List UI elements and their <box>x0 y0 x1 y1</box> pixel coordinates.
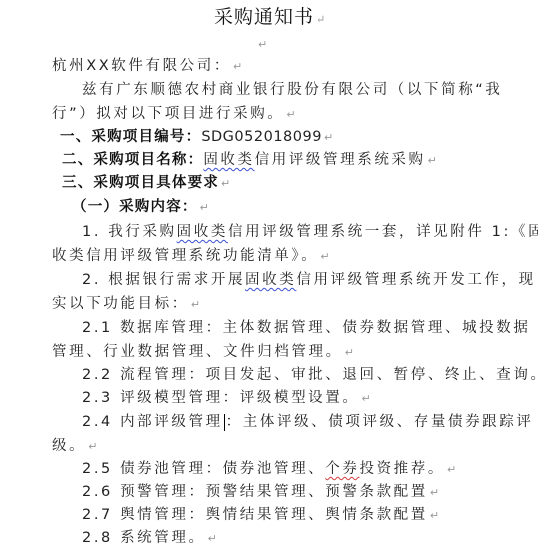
paragraph-mark-icon: ↵ <box>88 440 97 453</box>
item-1-line-2: 收类信用评级管理系统功能清单》。↵ <box>52 246 330 267</box>
empty-paragraph: ↵ <box>256 34 267 55</box>
paragraph-mark-icon: ↵ <box>208 532 217 545</box>
spellcheck-underlined-text: 固收类 <box>245 272 296 288</box>
function-2-2: 2.2 流程管理：项目发起、审批、退回、暂停、终止、查询。↵ <box>82 365 538 386</box>
spellcheck-underlined-text: 固收类 <box>203 152 254 168</box>
paragraph-mark-icon: ↵ <box>320 250 329 263</box>
section-label: 二、采购项目名称： <box>62 152 203 168</box>
item-2-line-1: 2. 根据银行需求开展固收类信用评级管理系统开发工作，现 <box>82 270 536 290</box>
paragraph-mark-icon: ↵ <box>258 38 267 51</box>
project-number: SDG052018099 <box>201 129 322 145</box>
section-requirements: 三、采购项目具体要求↵ <box>62 173 230 194</box>
function-2-1-line-2: 管理、行业数据管理、文件归档管理。↵ <box>52 342 354 363</box>
paragraph-mark-icon: ↵ <box>221 177 230 190</box>
function-2-8: 2.8 系统管理。↵ <box>82 528 217 549</box>
spellcheck-underlined-text: 固收类 <box>177 224 228 240</box>
addressee: 杭州XX软件有限公司：↵ <box>52 56 242 77</box>
item-1-line-1: 1. 我行采购固收类信用评级管理系统一套，详见附件 1:《固 <box>82 222 538 242</box>
paragraph-mark-icon: ↵ <box>430 486 439 499</box>
section-label: 一、采购项目编号： <box>60 129 201 145</box>
function-2-4-line-1: 2.4 内部评级管理：主体评级、债项评级、存量债券跟踪评 <box>82 412 533 432</box>
section-label: 三、采购项目具体要求 <box>62 175 219 191</box>
intro-line-2: 行”）拟对以下项目进行采购。↵ <box>52 104 296 125</box>
paragraph-mark-icon: ↵ <box>361 392 370 405</box>
function-2-7: 2.7 舆情管理：舆情结果管理、舆情条款配置↵ <box>82 505 439 526</box>
function-2-6: 2.6 预警管理：预警结果管理、预警条款配置↵ <box>82 482 439 503</box>
text-cursor[interactable] <box>224 414 225 431</box>
spellcheck-underlined-text: 个券 <box>325 461 359 477</box>
paragraph-mark-icon: ↵ <box>286 108 295 121</box>
function-2-3: 2.3 评级模型管理：评级模型设置。↵ <box>82 388 371 409</box>
paragraph-mark-icon: ↵ <box>233 60 242 73</box>
item-2-line-2: 实以下功能目标：↵ <box>52 294 200 315</box>
document-title: 采购通知书↵ <box>214 2 325 29</box>
function-2-4-line-2: 级。↵ <box>52 436 97 457</box>
paragraph-mark-icon: ↵ <box>430 509 439 522</box>
section-project-number: 一、采购项目编号：SDG052018099↵ <box>60 127 333 148</box>
function-2-5: 2.5 债券池管理：债券池管理、个券投资推荐。↵ <box>82 459 456 480</box>
paragraph-mark-icon: ↵ <box>316 13 325 26</box>
paragraph-mark-icon: ↵ <box>324 131 333 144</box>
paragraph-mark-icon: ↵ <box>345 346 354 359</box>
paragraph-mark-icon: ↵ <box>191 298 200 311</box>
intro-line-1: 兹有广东顺德农村商业银行股份有限公司（以下简称“我 <box>82 80 503 100</box>
section-project-name: 二、采购项目名称：固收类信用评级管理系统采购↵ <box>62 150 437 171</box>
subsection-content: （一）采购内容：↵ <box>72 197 209 218</box>
paragraph-mark-icon: ↵ <box>200 201 209 214</box>
function-2-1-line-1: 2.1 数据库管理：主体数据管理、债券数据管理、城投数据 <box>82 318 530 338</box>
paragraph-mark-icon: ↵ <box>428 154 437 167</box>
paragraph-mark-icon: ↵ <box>447 463 456 476</box>
